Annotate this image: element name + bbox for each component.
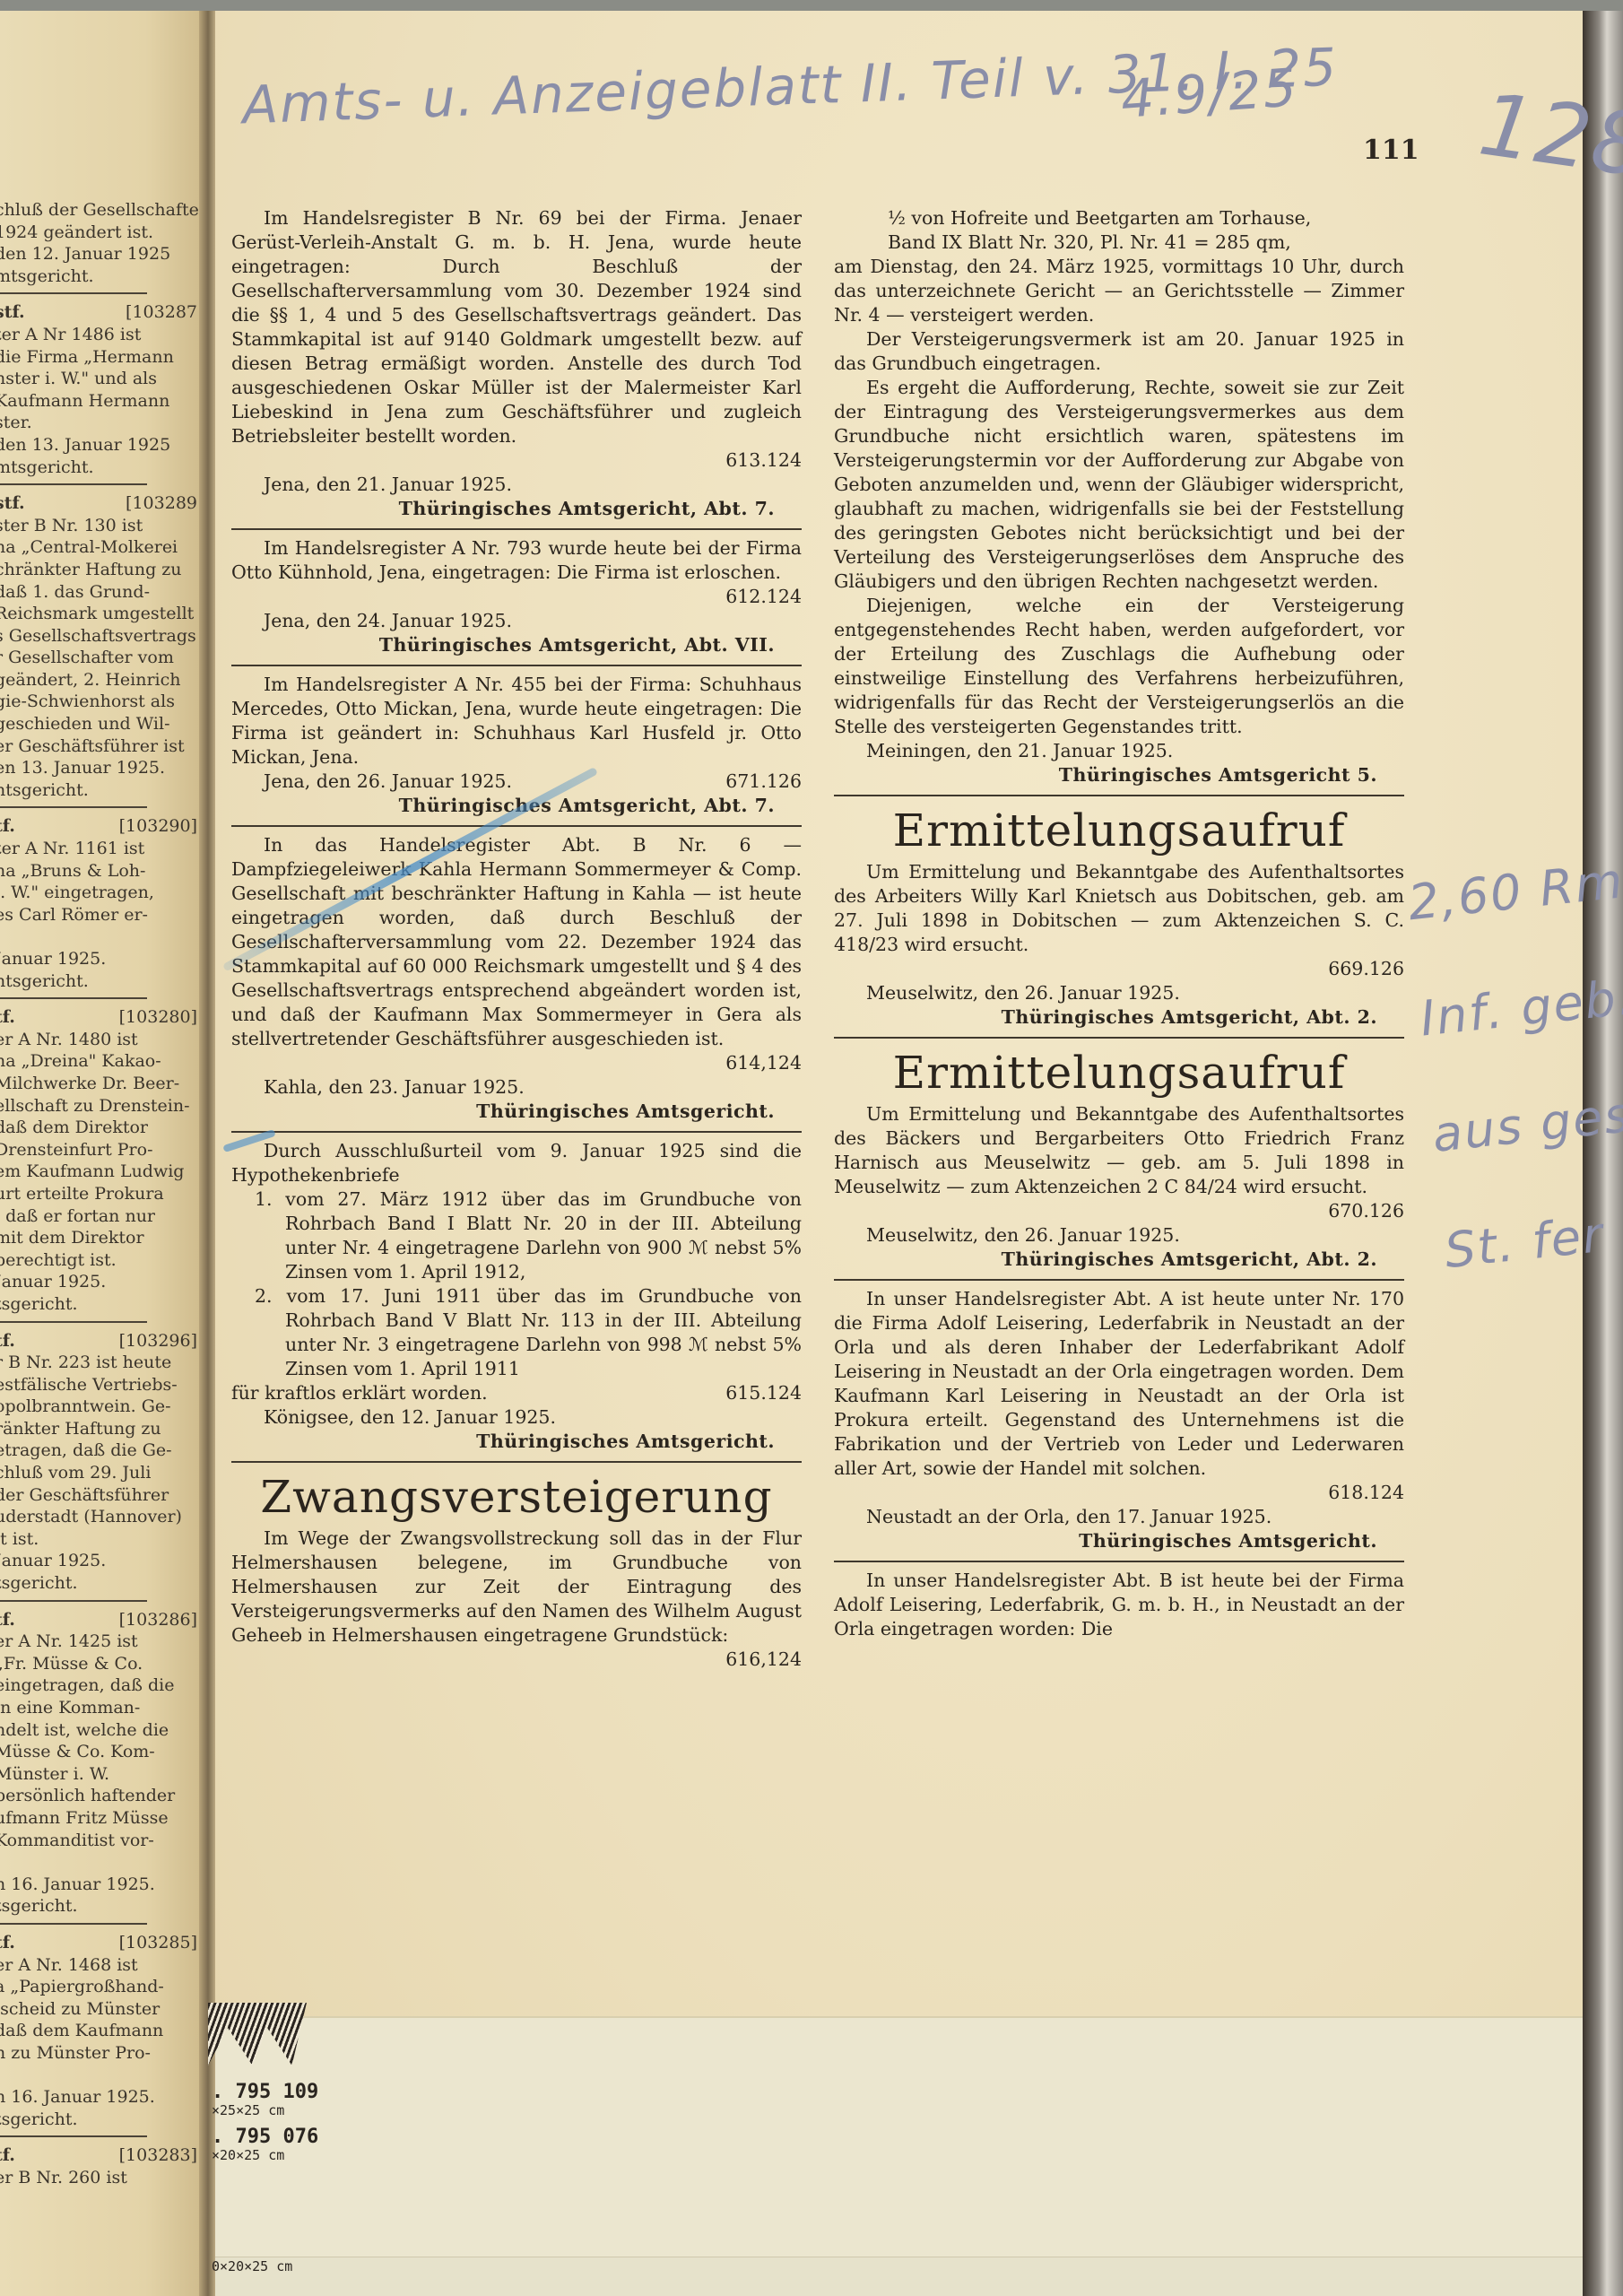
line-text: tf.: [0, 1609, 15, 1631]
list-item: 1924 geändert ist.: [0, 222, 203, 244]
notice-place-date: Jena, den 24. Januar 1925.: [231, 609, 802, 633]
line-ref: [103296]: [119, 1330, 197, 1352]
list-item: ntsgericht.: [0, 970, 203, 993]
page-number: 111: [1363, 135, 1419, 166]
list-item: er A Nr. 1425 ist: [0, 1631, 203, 1653]
list-item: ter A Nr. 1161 ist: [0, 838, 203, 860]
notice-ermittelung-knietsch: Ermittelungsaufruf Um Ermittelung und Be…: [834, 803, 1404, 1030]
list-item: die Firma „Hermann: [0, 346, 203, 369]
line-text: r Gesellschafter vom: [0, 647, 174, 669]
line-text: s Gesellschaftsvertrags: [0, 625, 196, 648]
list-item: lscheid zu Münster: [0, 1998, 203, 2021]
list-item: Drensteinfurt Pro-: [0, 1139, 203, 1161]
stamp-number: . 795 109: [212, 2081, 318, 2103]
line-text: ndelt ist, welche die: [0, 1719, 169, 1742]
list-item: urt erteilte Prokura: [0, 1183, 203, 1205]
line-text: tf.: [0, 1932, 15, 1954]
notice-court: Thüringisches Amtsgericht.: [834, 1529, 1404, 1553]
divider: [231, 665, 802, 666]
line-text: daß dem Kaufmann: [0, 2020, 163, 2042]
line-text: Milchwerke Dr. Beer-: [0, 1073, 179, 1095]
list-item: tf.[103290]: [0, 815, 203, 838]
line-text: . daß er fortan nur: [0, 1205, 155, 1228]
list-item: Kaufmann Hermann: [0, 390, 203, 413]
divider: [0, 1923, 147, 1925]
column-right: ½ von Hofreite und Beetgarten am Torhaus…: [834, 206, 1404, 1641]
line-ref: [103287: [126, 301, 197, 324]
line-text: na „Bruns & Loh-: [0, 860, 145, 883]
line-text: es Carl Römer er-: [0, 904, 148, 926]
line-text: tf.: [0, 815, 15, 838]
line-text: Reichsmark umgestellt: [0, 603, 194, 625]
line-text: mtsgericht.: [0, 457, 94, 479]
list-item: den 12. Januar 1925: [0, 243, 203, 265]
list-item: tsgericht.: [0, 1895, 203, 1918]
line-ref: [103285]: [119, 1932, 197, 1954]
notice-body: Um Ermittelung und Bekanntgabe des Aufen…: [834, 860, 1404, 957]
line-text: geschieden und Wil-: [0, 713, 169, 735]
list-item: [0, 1851, 203, 1874]
list-item: i. W." eingetragen,: [0, 882, 203, 904]
notice-place-date: Jena, den 21. Januar 1925.: [231, 473, 802, 497]
list-item: daß 1. das Grund-: [0, 581, 203, 604]
line-text: uderstadt (Hannover): [0, 1506, 182, 1528]
notice-zwangsversteigerung: Zwangsversteigerung Im Wege der Zwangsvo…: [231, 1469, 802, 1672]
divider: [0, 997, 147, 999]
list-item: er Geschäftsführer ist: [0, 735, 203, 758]
list-item: der Geschäftsführer: [0, 1484, 203, 1507]
list-item: ndelt ist, welche die: [0, 1719, 203, 1742]
divider: [0, 1600, 147, 1602]
line-text: „Fr. Müsse & Co.: [0, 1653, 143, 1675]
notice-ermittelung-harnisch: Ermittelungsaufruf Um Ermittelung und Be…: [834, 1045, 1404, 1272]
list-item: [0, 926, 203, 948]
notice-place-date: Jena, den 26. Januar 1925.: [231, 770, 512, 794]
divider: [834, 1037, 1404, 1039]
line-text: daß dem Direktor: [0, 1117, 148, 1139]
list-item: „Fr. Müsse & Co.: [0, 1653, 203, 1675]
list-item: den 13. Januar 1925: [0, 434, 203, 457]
line-text: tsgericht.: [0, 1572, 78, 1595]
list-item: tf.[103283]: [0, 2144, 203, 2167]
divider: [834, 1561, 1404, 1562]
notice-zwangsversteigerung-cont: ½ von Hofreite und Beetgarten am Torhaus…: [834, 206, 1404, 787]
list-item: ter A Nr 1486 ist: [0, 324, 203, 346]
line-text: nster i. W." und als: [0, 368, 157, 390]
divider: [0, 483, 147, 485]
list-item: Milchwerke Dr. Beer-: [0, 1073, 203, 1095]
divider: [0, 2135, 147, 2137]
auction-date: am Dienstag, den 24. März 1925, vormitta…: [834, 255, 1404, 327]
book-gutter: [199, 11, 217, 2296]
list-item: mtsgericht.: [0, 265, 203, 288]
line-text: stf.: [0, 301, 25, 324]
list-item: tsgericht.: [0, 2109, 203, 2131]
list-item: 1. vom 27. März 1912 über das im Grundbu…: [231, 1187, 802, 1284]
list-item: daß dem Direktor: [0, 1117, 203, 1139]
list-item: mtsgericht.: [0, 457, 203, 479]
notice-body: In unser Handelsregister Abt. A ist heut…: [834, 1287, 1404, 1481]
list-item: 2. vom 17. Juni 1911 über das im Grundbu…: [231, 1284, 802, 1381]
line-text: Müsse & Co. Kom-: [0, 1741, 155, 1763]
notice-court: Thüringisches Amtsgericht 5.: [834, 763, 1404, 787]
line-text: ntsgericht.: [0, 779, 89, 802]
list-item: opolbranntwein. Ge-: [0, 1396, 203, 1418]
line-text: chluß vom 29. Juli: [0, 1462, 151, 1484]
line-text: in eine Komman-: [0, 1697, 140, 1719]
line-ref: [103286]: [119, 1609, 197, 1631]
list-item: persönlich haftender: [0, 1785, 203, 1807]
line-text: tf.: [0, 1330, 15, 1352]
notice-place-date: Kahla, den 23. Januar 1925.: [231, 1075, 802, 1100]
line-text: der Geschäftsführer: [0, 1484, 169, 1507]
notice-ref: 612.124: [725, 585, 802, 609]
list-item: tsgericht.: [0, 1572, 203, 1595]
list-item: stf.[103289: [0, 492, 203, 515]
inserted-sheet-lower: [215, 2257, 1583, 2296]
line-text: ster B Nr. 130 ist: [0, 515, 143, 537]
notice-court: Thüringisches Amtsgericht.: [231, 1100, 802, 1124]
list-item: chränkter Haftung zu: [0, 559, 203, 581]
notice-ref: 613.124: [725, 448, 802, 473]
notice-intro: Durch Ausschlußurteil vom 9. Januar 1925…: [231, 1139, 802, 1187]
list-item: Januar 1925.: [0, 948, 203, 970]
line-text: lscheid zu Münster: [0, 1998, 160, 2021]
section-heading: Zwangsversteigerung: [231, 1469, 802, 1525]
line-ref: [103290]: [119, 815, 197, 838]
notice-court: Thüringisches Amtsgericht, Abt. 2.: [834, 1248, 1404, 1272]
line-ref: [103289: [126, 492, 197, 515]
notice-body: In das Handelsregister Abt. B Nr. 6 — Da…: [231, 833, 802, 1051]
notice-outro: für kraftlos erklärt worden.: [231, 1381, 488, 1405]
list-item: en 13. Januar 1925.: [0, 757, 203, 779]
line-text: mit dem Direktor: [0, 1227, 144, 1249]
notice-place-date: Neustadt an der Orla, den 17. Januar 192…: [834, 1505, 1404, 1529]
notice-place-date: Meuselwitz, den 26. Januar 1925.: [834, 1223, 1404, 1248]
line-text: er A Nr. 1480 ist: [0, 1029, 138, 1051]
line-text: Januar 1925.: [0, 948, 106, 970]
list-item: em Kaufmann Ludwig: [0, 1161, 203, 1183]
stamp-size: 0×20×25 cm: [212, 2258, 292, 2274]
column-left: Im Handelsregister B Nr. 69 bei der Firm…: [231, 206, 802, 1672]
scan-top-border: [0, 0, 1623, 11]
list-item: Münster i. W.: [0, 1763, 203, 1786]
line-text: na „Central-Molkerei: [0, 536, 178, 559]
list-item: ränkter Haftung zu: [0, 1418, 203, 1440]
notice-body: Im Handelsregister B Nr. 69 bei der Firm…: [231, 206, 802, 448]
section-heading: Ermittelungsaufruf: [834, 1045, 1404, 1100]
line-text: Januar 1925.: [0, 1271, 106, 1293]
list-item: tf.[103286]: [0, 1609, 203, 1631]
list-item: a „Papiergroßhand-: [0, 1976, 203, 1998]
line-text: ellschaft zu Drenstein-: [0, 1095, 190, 1118]
line-text: chränkter Haftung zu: [0, 559, 182, 581]
line-text: ränkter Haftung zu: [0, 1418, 161, 1440]
line-text: stf.: [0, 492, 25, 515]
line-text: persönlich haftender: [0, 1785, 175, 1807]
line-text: etragen, daß die Ge-: [0, 1439, 172, 1462]
notice-place-date: Meiningen, den 21. Januar 1925.: [834, 739, 1404, 763]
notice-paragraph: Diejenigen, welche ein der Versteigerung…: [834, 594, 1404, 739]
line-text: ster.: [0, 412, 32, 434]
list-item: er A Nr. 1468 ist: [0, 1954, 203, 1977]
stamp-number: . 795 076: [212, 2126, 318, 2148]
list-item: chluß vom 29. Juli: [0, 1462, 203, 1484]
adjacent-page-strip: chluß der Gesellschafte1924 geändert ist…: [0, 11, 208, 2296]
list-item: ster B Nr. 130 ist: [0, 515, 203, 537]
line-text: Drensteinfurt Pro-: [0, 1139, 153, 1161]
notice-schuhhaus-mercedes: Im Handelsregister A Nr. 455 bei der Fir…: [231, 673, 802, 818]
list-item: Januar 1925.: [0, 1271, 203, 1293]
list-item: lt ist.: [0, 1528, 203, 1551]
list-item: es Carl Römer er-: [0, 904, 203, 926]
notice-ref: 614,124: [725, 1051, 802, 1075]
inserted-sheet: [215, 2016, 1583, 2296]
notice-court: Thüringisches Amtsgericht, Abt. VII.: [231, 633, 802, 657]
line-text: Münster i. W.: [0, 1763, 109, 1786]
line-text: ter A Nr 1486 ist: [0, 324, 141, 346]
list-item: nster i. W." und als: [0, 368, 203, 390]
list-item: ufmann Fritz Müsse: [0, 1807, 203, 1830]
notice-ref: 618.124: [1328, 1481, 1404, 1505]
line-text: na „Dreina" Kakao-: [0, 1050, 161, 1073]
list-item: na „Dreina" Kakao-: [0, 1050, 203, 1073]
stamp-size: ×20×25 cm: [212, 2147, 284, 2163]
list-item: tf.[103280]: [0, 1006, 203, 1029]
line-text: 1924 geändert ist.: [0, 222, 153, 244]
list-item: daß dem Kaufmann: [0, 2020, 203, 2042]
list-item: na „Bruns & Loh-: [0, 860, 203, 883]
notice-court: Thüringisches Amtsgericht, Abt. 7.: [231, 497, 802, 521]
line-text: tsgericht.: [0, 1293, 78, 1316]
list-item: ntsgericht.: [0, 779, 203, 802]
line-text: geändert, 2. Heinrich: [0, 669, 181, 691]
list-item: r B Nr. 223 ist heute: [0, 1352, 203, 1374]
list-item: berechtigt ist.: [0, 1249, 203, 1272]
notice-ref: 669.126: [1328, 957, 1404, 981]
list-item: geändert, 2. Heinrich: [0, 669, 203, 691]
property-line: Band IX Blatt Nr. 320, Pl. Nr. 41 = 285 …: [834, 230, 1404, 255]
list-item: . daß er fortan nur: [0, 1205, 203, 1228]
list-item: tf.[103285]: [0, 1932, 203, 1954]
divider: [834, 1279, 1404, 1281]
line-text: Kaufmann Hermann: [0, 390, 169, 413]
list-item: Kommanditist vor-: [0, 1830, 203, 1852]
line-text: ntsgericht.: [0, 970, 89, 993]
notice-ref: 616,124: [725, 1648, 802, 1672]
list-item: etragen, daß die Ge-: [0, 1439, 203, 1462]
line-text: Kommanditist vor-: [0, 1830, 154, 1852]
line-text: er A Nr. 1468 ist: [0, 1954, 138, 1977]
line-text: em Kaufmann Ludwig: [0, 1161, 184, 1183]
list-item: tf.[103296]: [0, 1330, 203, 1352]
list-item: Reichsmark umgestellt: [0, 603, 203, 625]
notice-ref: 670.126: [1328, 1199, 1404, 1223]
stamp-size: ×25×25 cm: [212, 2102, 284, 2118]
line-ref: [103283]: [119, 2144, 197, 2167]
line-text: opolbranntwein. Ge-: [0, 1396, 171, 1418]
notice-ref: 671.126: [725, 770, 802, 794]
list-item: Januar 1925.: [0, 1550, 203, 1572]
line-text: chluß der Gesellschafte: [0, 199, 199, 222]
line-text: eingetragen, daß die: [0, 1674, 174, 1697]
notice-paragraph: Es ergeht die Aufforderung, Rechte, sowe…: [834, 376, 1404, 594]
notice-body: Im Handelsregister A Nr. 455 bei der Fir…: [231, 673, 802, 770]
list-item: geschieden und Wil-: [0, 713, 203, 735]
line-text: die Firma „Hermann: [0, 346, 174, 369]
list-item: er A Nr. 1480 ist: [0, 1029, 203, 1051]
line-text: ter A Nr. 1161 ist: [0, 838, 144, 860]
divider: [231, 825, 802, 827]
line-text: tsgericht.: [0, 2109, 78, 2131]
divider: [231, 528, 802, 530]
notice-court: Thüringisches Amtsgericht, Abt. 2.: [834, 1005, 1404, 1030]
divider: [0, 1321, 147, 1323]
list-item: Müsse & Co. Kom-: [0, 1741, 203, 1763]
notice-jena-geruest: Im Handelsregister B Nr. 69 bei der Firm…: [231, 206, 802, 521]
line-text: mtsgericht.: [0, 265, 94, 288]
list-item: s Gesellschaftsvertrags: [0, 625, 203, 648]
line-text: er B Nr. 260 ist: [0, 2167, 127, 2189]
divider: [231, 1131, 802, 1133]
list-item: gie-Schwienhorst als: [0, 691, 203, 713]
line-text: estfälische Vertriebs-: [0, 1374, 178, 1396]
list-item: uderstadt (Hannover): [0, 1506, 203, 1528]
line-text: n 16. Januar 1925.: [0, 1874, 155, 1896]
notice-body: Um Ermittelung und Bekanntgabe des Aufen…: [834, 1102, 1404, 1199]
list-item: [0, 2065, 203, 2087]
notice-dampfziegeleiwerk-kahla: In das Handelsregister Abt. B Nr. 6 — Da…: [231, 833, 802, 1124]
list-item: n zu Münster Pro-: [0, 2042, 203, 2065]
list-item: mit dem Direktor: [0, 1227, 203, 1249]
line-text: tf.: [0, 1006, 15, 1029]
notice-kuehnhold: Im Handelsregister A Nr. 793 wurde heute…: [231, 536, 802, 657]
line-text: er Geschäftsführer ist: [0, 735, 185, 758]
list-item: tsgericht.: [0, 1293, 203, 1316]
list-item: estfälische Vertriebs-: [0, 1374, 203, 1396]
line-text: ufmann Fritz Müsse: [0, 1807, 169, 1830]
line-text: r B Nr. 223 ist heute: [0, 1352, 171, 1374]
line-text: den 12. Januar 1925: [0, 243, 170, 265]
line-text: tf.: [0, 2144, 15, 2167]
divider: [0, 806, 147, 808]
line-text: Januar 1925.: [0, 1550, 106, 1572]
list-item: stf.[103287: [0, 301, 203, 324]
line-text: tsgericht.: [0, 1895, 78, 1918]
line-text: urt erteilte Prokura: [0, 1183, 164, 1205]
line-text: a „Papiergroßhand-: [0, 1976, 164, 1998]
line-text: gie-Schwienhorst als: [0, 691, 175, 713]
notice-body: Im Handelsregister A Nr. 793 wurde heute…: [231, 536, 802, 585]
notice-hypothekenbriefe: Durch Ausschlußurteil vom 9. Januar 1925…: [231, 1139, 802, 1454]
property-line: ½ von Hofreite und Beetgarten am Torhaus…: [834, 206, 1404, 230]
notice-court: Thüringisches Amtsgericht.: [231, 1430, 802, 1454]
divider: [834, 795, 1404, 796]
handwritten-reference: 4.9/25: [1119, 57, 1300, 130]
list-item: ellschaft zu Drenstein-: [0, 1095, 203, 1118]
list-item: ster.: [0, 412, 203, 434]
list-item: na „Central-Molkerei: [0, 536, 203, 559]
line-text: n zu Münster Pro-: [0, 2042, 151, 2065]
line-text: daß 1. das Grund-: [0, 581, 150, 604]
line-text: er A Nr. 1425 ist: [0, 1631, 138, 1653]
adjacent-page-text: chluß der Gesellschafte1924 geändert ist…: [0, 199, 203, 2188]
notice-body: Im Wege der Zwangsvollstreckung soll das…: [231, 1526, 802, 1648]
line-text: den 13. Januar 1925: [0, 434, 170, 457]
list-item: n 16. Januar 1925.: [0, 2086, 203, 2109]
list-item: eingetragen, daß die: [0, 1674, 203, 1697]
notice-place-date: Königsee, den 12. Januar 1925.: [231, 1405, 802, 1430]
section-heading: Ermittelungsaufruf: [834, 803, 1404, 858]
notice-place-date: Meuselwitz, den 26. Januar 1925.: [834, 981, 1404, 1005]
notice-paragraph: Der Versteigerungsvermerk ist am 20. Jan…: [834, 327, 1404, 376]
notice-leisering-abt-b: In unser Handelsregister Abt. B ist heut…: [834, 1569, 1404, 1641]
notice-leisering-abt-a: In unser Handelsregister Abt. A ist heut…: [834, 1287, 1404, 1553]
line-text: en 13. Januar 1925.: [0, 757, 165, 779]
divider: [231, 1461, 802, 1463]
notice-ref: 615.124: [725, 1381, 802, 1405]
list-item: chluß der Gesellschafte: [0, 199, 203, 222]
list-item: r Gesellschafter vom: [0, 647, 203, 669]
notice-body: In unser Handelsregister Abt. B ist heut…: [834, 1569, 1404, 1641]
line-ref: [103280]: [119, 1006, 197, 1029]
divider: [0, 292, 147, 294]
list-item: n 16. Januar 1925.: [0, 1874, 203, 1896]
line-text: lt ist.: [0, 1528, 39, 1551]
line-text: berechtigt ist.: [0, 1249, 117, 1272]
list-item: er B Nr. 260 ist: [0, 2167, 203, 2189]
line-text: i. W." eingetragen,: [0, 882, 154, 904]
line-text: n 16. Januar 1925.: [0, 2086, 155, 2109]
list-item: in eine Komman-: [0, 1697, 203, 1719]
